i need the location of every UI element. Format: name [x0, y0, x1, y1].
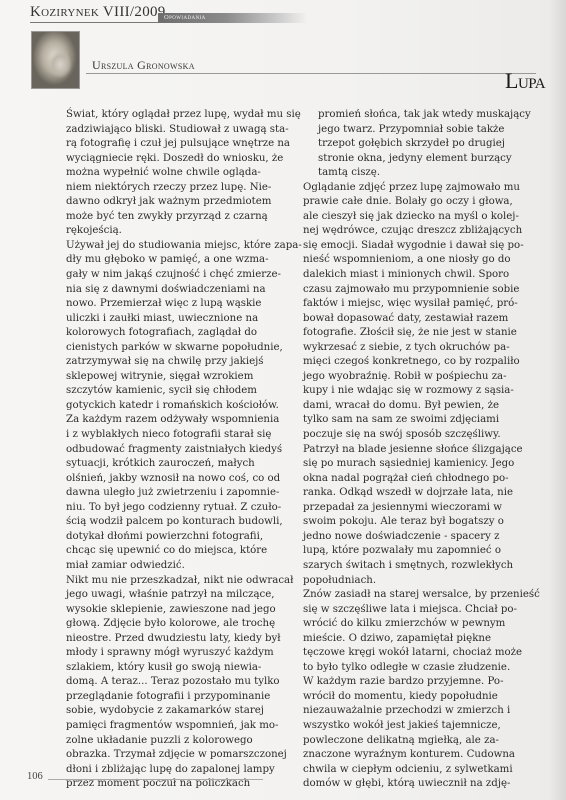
text-line: sklepowej witrynie, sięgał wzrokiem	[81, 370, 304, 385]
text-line: Za każdym razem odżywały wspomnienia	[81, 413, 304, 428]
author-photo	[31, 31, 80, 89]
text-line: wszystko wokół jest jakieś tajemnicze,	[318, 719, 543, 734]
text-line: Świat, który oglądał przez lupę, wydał m…	[81, 108, 304, 123]
text-line: jego twarz. Przypomniał sobie także	[318, 123, 543, 138]
text-line: okna nadal pogrążał cień chłodnego po-	[318, 472, 543, 487]
text-line: tęczowe kręgi wokół latarni, chociaż moż…	[318, 646, 543, 661]
text-line: można wypełnić wolne chwile ogląda-	[81, 166, 304, 181]
magazine-page: Kozirynek VIII/2009 Opowiadania Urszula …	[0, 0, 566, 800]
text-line: dami, wracał do domu. Był pewien, że	[318, 399, 543, 414]
text-line: tylko sam na sam ze swoimi zdjęciami	[318, 413, 543, 428]
text-line: czasu zajmowało mu przypomnienie sobie	[318, 283, 543, 298]
text-line: ścią wodził palcem po konturach budowli,	[81, 515, 304, 530]
text-line: odbudować fragmenty zaistniałych kiedyś	[81, 443, 304, 458]
text-line: bował dopasować daty, zestawiał razem	[318, 312, 543, 327]
text-line: nowo. Przemierzał więc z lupą wąskie	[81, 297, 304, 312]
text-line: szlakiem, który kusił go swoją niewia-	[81, 661, 304, 676]
text-line: mieście. O dziwo, zapamiętał piękne	[318, 632, 543, 647]
text-line: mięci czegoś konkretnego, co by rozpalił…	[318, 355, 543, 370]
text-line: dawna uległo już zwietrzeniu i zapomnie-	[81, 486, 304, 501]
text-line: miał zamiar odwiedzić.	[81, 559, 304, 574]
text-line: domów w głębi, którą uwiecznił na zdję-	[318, 777, 543, 792]
text-line: prawie całe dnie. Bolały go oczy i głowa…	[318, 195, 543, 210]
story-title: Lupa	[505, 68, 545, 94]
text-line: się po murach sąsiedniej kamienicy. Jego	[318, 457, 543, 472]
text-line: dotykał dłońmi powierzchni fotografii,	[81, 530, 304, 545]
text-line: jego wyobraźnię. Robił w pośpiechu za-	[318, 370, 543, 385]
text-line: trzepot gołębich skrzydeł po drugiej	[318, 137, 543, 152]
masthead-rule	[30, 22, 158, 23]
text-line: przeglądanie fotografii i przypominanie	[81, 690, 304, 705]
text-line: ale cieszył się jak dziecko na myśl o ko…	[318, 210, 543, 225]
text-line: dawno odkrył jak ważnym przedmiotem	[81, 195, 304, 210]
text-line: nej wędrówce, czując dreszcz zbliżającyc…	[318, 224, 543, 239]
text-line: Patrzył na blade jesienne słońce ślizgaj…	[318, 443, 543, 458]
text-line: niu. To był jego codzienny rytuał. Z czu…	[81, 501, 304, 516]
text-line: i z wyblakłych nieco fotografii starał s…	[81, 428, 304, 443]
text-line: młody i sprawny mógł wyruszyć każdym	[81, 646, 304, 661]
text-line: sytuacji, krótkich zauroczeń, małych	[81, 457, 304, 472]
page-number: 106	[27, 771, 43, 782]
text-line: nia się z dawnymi doświadczeniami na	[81, 283, 304, 298]
text-line: niezauważalnie przechodzi w zmierzch i	[318, 704, 543, 719]
paragraph-continued: promień słońca, tak jak wtedy muskającyj…	[303, 108, 543, 181]
text-line: Nikt mu nie przeszkadzał, nikt nie odwra…	[81, 574, 304, 589]
text-line: gały w nim jakąś czujność i chęć zmierze…	[81, 268, 304, 283]
text-line: tamtą ciszę.	[318, 166, 543, 181]
text-line: ranka. Odkąd wszedł w dojrzałe lata, nie	[318, 486, 543, 501]
text-line: Używał jej do studiowania miejsc, które …	[81, 239, 304, 254]
text-line: stronie okna, jedyny element burzący	[318, 152, 543, 167]
text-line: głową. Zdjęcie było kolorowe, ale trochę	[81, 617, 304, 632]
paragraph: Oglądanie zdjęć przez lupę zajmowało mup…	[303, 181, 543, 588]
text-line: Znów zasiadł na starej wersalce, by prze…	[318, 588, 543, 603]
text-line: fotografie. Złościł się, że nie jest w s…	[318, 326, 543, 341]
text-line: się emocji. Siadał wygodnie i dawał się …	[318, 239, 543, 254]
text-line: powleczone delikatną mgiełką, ale za-	[318, 734, 543, 749]
text-line: domą. A teraz... Teraz pozostało mu tylk…	[81, 675, 304, 690]
text-column-left: Świat, który oglądał przez lupę, wydał m…	[66, 108, 304, 792]
text-line: szczytów kamienic, sycił się chłodem	[81, 384, 304, 399]
text-line: kupy i nie wdając się w rozmowy z sąsia-	[318, 384, 543, 399]
text-line: znaczone wyraźnym konturem. Cudowna	[318, 748, 543, 763]
paragraph: Używał jej do studiowania miejsc, które …	[66, 239, 304, 574]
text-line: chcąc się upewnić co do miejsca, które	[81, 544, 304, 559]
text-line: się w szczęśliwe lata i miejsca. Chciał …	[318, 603, 543, 618]
text-line: wrócić do kilku zmierzchów w pewnym	[318, 617, 543, 632]
paragraph: Nikt mu nie przeszkadzał, nikt nie odwra…	[66, 574, 304, 792]
text-line: sobie, wydobycie z zakamarków starej	[81, 704, 304, 719]
paragraph: Świat, który oglądał przez lupę, wydał m…	[66, 108, 304, 239]
text-line: obrazka. Trzymał zdjęcie w pomarszczonej	[81, 748, 304, 763]
text-line: wrócił do momentu, kiedy popołudnie	[318, 690, 543, 705]
text-line: zolne układanie puzzli z kolorowego	[81, 734, 304, 749]
text-line: może być ten zwykły przyrząd z czarną	[81, 210, 304, 225]
text-line: gotyckich katedr i romańskich kościołów.	[81, 399, 304, 414]
text-line: jego uwagi, właśnie patrzył na milczące,	[81, 588, 304, 603]
text-line: dły mu głęboko w pamięć, a one wzma-	[81, 253, 304, 268]
text-line: nieostre. Przed dwudziestu laty, kiedy b…	[81, 632, 304, 647]
text-line: to było tylko odległe w czasie złudzenie…	[318, 661, 543, 676]
footer-rule	[48, 779, 263, 780]
text-line: rękojeścią.	[81, 224, 304, 239]
text-line: przepadał za jesiennymi wieczorami w	[318, 501, 543, 516]
text-line: faktów i miejsc, więc wysilał pamięć, pr…	[318, 297, 543, 312]
magazine-masthead: Kozirynek VIII/2009	[30, 4, 166, 21]
text-line: W każdym razie bardzo przyjemne. Po-	[318, 675, 543, 690]
text-line: szarych świtach i smętnych, rozwlekłych	[318, 559, 543, 574]
text-line: uliczki i zaułki miast, uwiecznione na	[81, 312, 304, 327]
text-line: niem niektórych rzeczy przez lupę. Nie-	[81, 181, 304, 196]
text-line: lupą, które pozwalały mu zapomnieć o	[318, 544, 543, 559]
text-line: swoim pokoju. Ale teraz był bogatszy o	[318, 515, 543, 530]
text-line: kolorowych fotografiach, zaglądał do	[81, 326, 304, 341]
text-line: Oglądanie zdjęć przez lupę zajmowało mu	[318, 181, 543, 196]
text-line: dalekich miast i minionych chwil. Sporo	[318, 268, 543, 283]
paragraph: Znów zasiadł na starej wersalce, by prze…	[303, 588, 543, 792]
text-line: dłoni i zbliżając lupę do zapalonej lamp…	[81, 763, 304, 778]
text-line: poczuje się na swój sposób szczęśliwy.	[318, 428, 543, 443]
section-label: Opowiadania	[158, 13, 308, 23]
text-line: zatrzymywał się na chwilę przy jakiejś	[81, 355, 304, 370]
text-line: wysokie sklepienie, zawieszone nad jego	[81, 603, 304, 618]
author-name: Urszula Gronowska	[92, 58, 195, 73]
text-line: olśnień, jakby wznosił na nowo coś, co o…	[81, 472, 304, 487]
text-line: zadziwiająco bliski. Studiował z uwagą s…	[81, 123, 304, 138]
text-line: promień słońca, tak jak wtedy muskający	[318, 108, 543, 123]
text-line: jedno nowe doświadczenie - spacery z	[318, 530, 543, 545]
text-line: wykrzesać z siebie, z tych okruchów pa-	[318, 341, 543, 356]
text-line: rą fotografię i czuł jej pulsujące wnętr…	[81, 137, 304, 152]
text-line: cienistych parków w skwarne popołudnie,	[81, 341, 304, 356]
text-line: popołudniach.	[318, 574, 543, 589]
text-column-right: promień słońca, tak jak wtedy muskającyj…	[303, 108, 543, 792]
author-rule	[86, 73, 536, 74]
text-line: nieść wspomnieniom, a one niosły go do	[318, 253, 543, 268]
text-line: wyciągniecie ręki. Doszedł do wniosku, ż…	[81, 152, 304, 167]
text-line: chwila w ciepłym odcieniu, z sylwetkami	[318, 763, 543, 778]
text-line: pamięci fragmentów wspomnień, jak mo-	[81, 719, 304, 734]
